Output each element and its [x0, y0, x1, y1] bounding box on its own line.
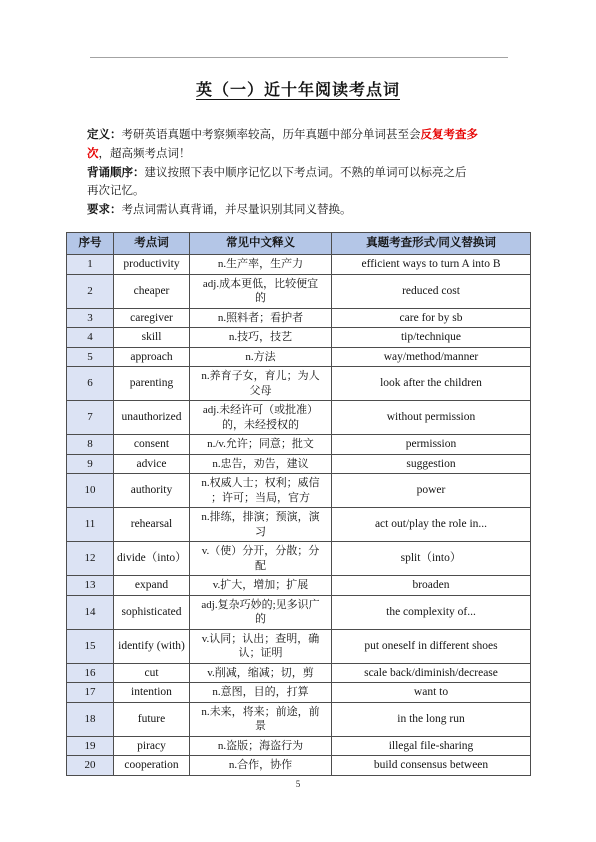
cell-synonym: split（into） [332, 542, 531, 576]
cell-word: productivity [114, 255, 190, 275]
table-row: 3 caregiver n.照料者；看护者 care for by sb [67, 308, 531, 328]
text-segment: 考研英语真题中考察频率较高，历年真题中部分单词甚至会 [122, 129, 421, 141]
cell-word: piracy [114, 736, 190, 756]
cell-index: 17 [67, 683, 114, 703]
table-row: 10 authority n.权威人士；权利；威信 ；许可；当局，官方 powe… [67, 474, 531, 508]
page-title-text: 英（一）近十年阅读考点词 [196, 82, 400, 99]
cell-synonym: act out/play the role in... [332, 508, 531, 542]
cell-index: 14 [67, 595, 114, 629]
table-row: 11 rehearsal n.排练，排演；预演，演 习 act out/play… [67, 508, 531, 542]
column-header-synonym: 真题考查形式/同义替换词 [332, 233, 531, 255]
cell-meaning: n.生产率，生产力 [190, 255, 332, 275]
table-row: 14 sophisticated adj.复杂巧妙的;见多识广 的 the co… [67, 595, 531, 629]
cell-meaning: n.合作，协作 [190, 756, 332, 776]
cell-word: divide（into） [114, 542, 190, 576]
cell-index: 11 [67, 508, 114, 542]
cell-word: cooperation [114, 756, 190, 776]
text-segment: 背诵顺序： [87, 167, 145, 179]
cell-meaning: adj.未经许可（或批准） 的，未经授权的 [190, 401, 332, 435]
text-segment: 考点词需认真背诵，并尽量识别其同义替换。 [122, 204, 352, 216]
cell-word: parenting [114, 367, 190, 401]
cell-index: 10 [67, 474, 114, 508]
cell-synonym: broaden [332, 576, 531, 596]
cell-index: 20 [67, 756, 114, 776]
cell-meaning: n./v.允许；同意；批文 [190, 435, 332, 455]
column-header-word: 考点词 [114, 233, 190, 255]
table-body: 1 productivity n.生产率，生产力 efficient ways … [67, 255, 531, 776]
cell-meaning: adj.成本更低，比较便宜 的 [190, 274, 332, 308]
cell-meaning: n.排练，排演；预演，演 习 [190, 508, 332, 542]
table-row: 15 identify (with) v.认同；认出；查明，确 认；证明 put… [67, 629, 531, 663]
cell-index: 1 [67, 255, 114, 275]
cell-synonym: reduced cost [332, 274, 531, 308]
table-row: 1 productivity n.生产率，生产力 efficient ways … [67, 255, 531, 275]
header-rule [90, 57, 508, 58]
cell-synonym: care for by sb [332, 308, 531, 328]
cell-synonym: build consensus between [332, 756, 531, 776]
cell-synonym: way/method/manner [332, 347, 531, 367]
cell-meaning: v.削减，缩减；切，剪 [190, 663, 332, 683]
cell-synonym: suggestion [332, 454, 531, 474]
cell-word: cut [114, 663, 190, 683]
cell-index: 7 [67, 401, 114, 435]
cell-synonym: tip/technique [332, 328, 531, 348]
table-row: 5 approach n.方法 way/method/manner [67, 347, 531, 367]
cell-meaning: n.照料者；看护者 [190, 308, 332, 328]
cell-word: sophisticated [114, 595, 190, 629]
cell-word: approach [114, 347, 190, 367]
cell-synonym: scale back/diminish/decrease [332, 663, 531, 683]
document-page: 英（一）近十年阅读考点词 定义：考研英语真题中考察频率较高，历年真题中部分单词甚… [0, 0, 596, 842]
cell-synonym: in the long run [332, 702, 531, 736]
table-row: 7 unauthorized adj.未经许可（或批准） 的，未经授权的 wit… [67, 401, 531, 435]
cell-synonym: permission [332, 435, 531, 455]
text-segment: ，超高频考点词！ [99, 148, 191, 160]
table-row: 9 advice n.忠告，劝告，建议 suggestion [67, 454, 531, 474]
cell-index: 18 [67, 702, 114, 736]
cell-word: unauthorized [114, 401, 190, 435]
column-header-meaning: 常见中文释义 [190, 233, 332, 255]
cell-meaning: n.技巧，技艺 [190, 328, 332, 348]
intro-paragraph-definition: 定义：考研英语真题中考察频率较高，历年真题中部分单词甚至会反复考查多 次，超高频… [87, 126, 515, 164]
cell-word: intention [114, 683, 190, 703]
cell-meaning: v.认同；认出；查明，确 认；证明 [190, 629, 332, 663]
cell-meaning: n.意图，目的，打算 [190, 683, 332, 703]
cell-synonym: want to [332, 683, 531, 703]
cell-word: skill [114, 328, 190, 348]
cell-index: 4 [67, 328, 114, 348]
text-segment: 建议按照下表中顺序记忆以下考点词。不熟的单词可以标亮之后 再次记忆。 [87, 167, 467, 198]
text-segment: 定义： [87, 129, 122, 141]
cell-word: cheaper [114, 274, 190, 308]
cell-synonym: power [332, 474, 531, 508]
table-row: 16 cut v.削减，缩减；切，剪 scale back/diminish/d… [67, 663, 531, 683]
column-header-index: 序号 [67, 233, 114, 255]
cell-word: identify (with) [114, 629, 190, 663]
cell-word: consent [114, 435, 190, 455]
cell-index: 2 [67, 274, 114, 308]
table-row: 8 consent n./v.允许；同意；批文 permission [67, 435, 531, 455]
cell-meaning: n.忠告，劝告，建议 [190, 454, 332, 474]
cell-synonym: illegal file-sharing [332, 736, 531, 756]
page-title: 英（一）近十年阅读考点词 [0, 77, 596, 100]
intro-paragraph-order: 背诵顺序：建议按照下表中顺序记忆以下考点词。不熟的单词可以标亮之后 再次记忆。 [87, 164, 515, 202]
cell-index: 15 [67, 629, 114, 663]
text-segment: 要求： [87, 204, 122, 216]
cell-meaning: n.盗版；海盗行为 [190, 736, 332, 756]
table-row: 18 future n.未来，将来；前途，前 景 in the long run [67, 702, 531, 736]
cell-meaning: n.权威人士；权利；威信 ；许可；当局，官方 [190, 474, 332, 508]
cell-index: 3 [67, 308, 114, 328]
cell-index: 8 [67, 435, 114, 455]
cell-meaning: v.扩大，增加；扩展 [190, 576, 332, 596]
cell-word: future [114, 702, 190, 736]
cell-word: caregiver [114, 308, 190, 328]
cell-synonym: put oneself in different shoes [332, 629, 531, 663]
page-number: 5 [0, 779, 596, 789]
cell-word: advice [114, 454, 190, 474]
cell-synonym: look after the children [332, 367, 531, 401]
table-row: 6 parenting n.养育子女，育儿；为人 父母 look after t… [67, 367, 531, 401]
cell-word: expand [114, 576, 190, 596]
table-row: 19 piracy n.盗版；海盗行为 illegal file-sharing [67, 736, 531, 756]
table-row: 4 skill n.技巧，技艺 tip/technique [67, 328, 531, 348]
vocab-table: 序号 考点词 常见中文释义 真题考查形式/同义替换词 1 productivit… [66, 232, 531, 776]
cell-meaning: n.未来，将来；前途，前 景 [190, 702, 332, 736]
cell-meaning: v.（使）分开，分散；分 配 [190, 542, 332, 576]
cell-word: rehearsal [114, 508, 190, 542]
cell-index: 16 [67, 663, 114, 683]
cell-meaning: n.方法 [190, 347, 332, 367]
cell-index: 12 [67, 542, 114, 576]
cell-index: 6 [67, 367, 114, 401]
cell-index: 19 [67, 736, 114, 756]
cell-index: 13 [67, 576, 114, 596]
cell-synonym: the complexity of... [332, 595, 531, 629]
table-row: 12 divide（into） v.（使）分开，分散；分 配 split（int… [67, 542, 531, 576]
table-row: 20 cooperation n.合作，协作 build consensus b… [67, 756, 531, 776]
cell-synonym: without permission [332, 401, 531, 435]
cell-word: authority [114, 474, 190, 508]
intro-block: 定义：考研英语真题中考察频率较高，历年真题中部分单词甚至会反复考查多 次，超高频… [87, 126, 515, 220]
cell-synonym: efficient ways to turn A into B [332, 255, 531, 275]
intro-paragraph-requirement: 要求：考点词需认真背诵，并尽量识别其同义替换。 [87, 201, 515, 220]
table-row: 13 expand v.扩大，增加；扩展 broaden [67, 576, 531, 596]
table-row: 17 intention n.意图，目的，打算 want to [67, 683, 531, 703]
cell-index: 5 [67, 347, 114, 367]
cell-meaning: n.养育子女，育儿；为人 父母 [190, 367, 332, 401]
cell-meaning: adj.复杂巧妙的;见多识广 的 [190, 595, 332, 629]
table-header-row: 序号 考点词 常见中文释义 真题考查形式/同义替换词 [67, 233, 531, 255]
table-row: 2 cheaper adj.成本更低，比较便宜 的 reduced cost [67, 274, 531, 308]
cell-index: 9 [67, 454, 114, 474]
